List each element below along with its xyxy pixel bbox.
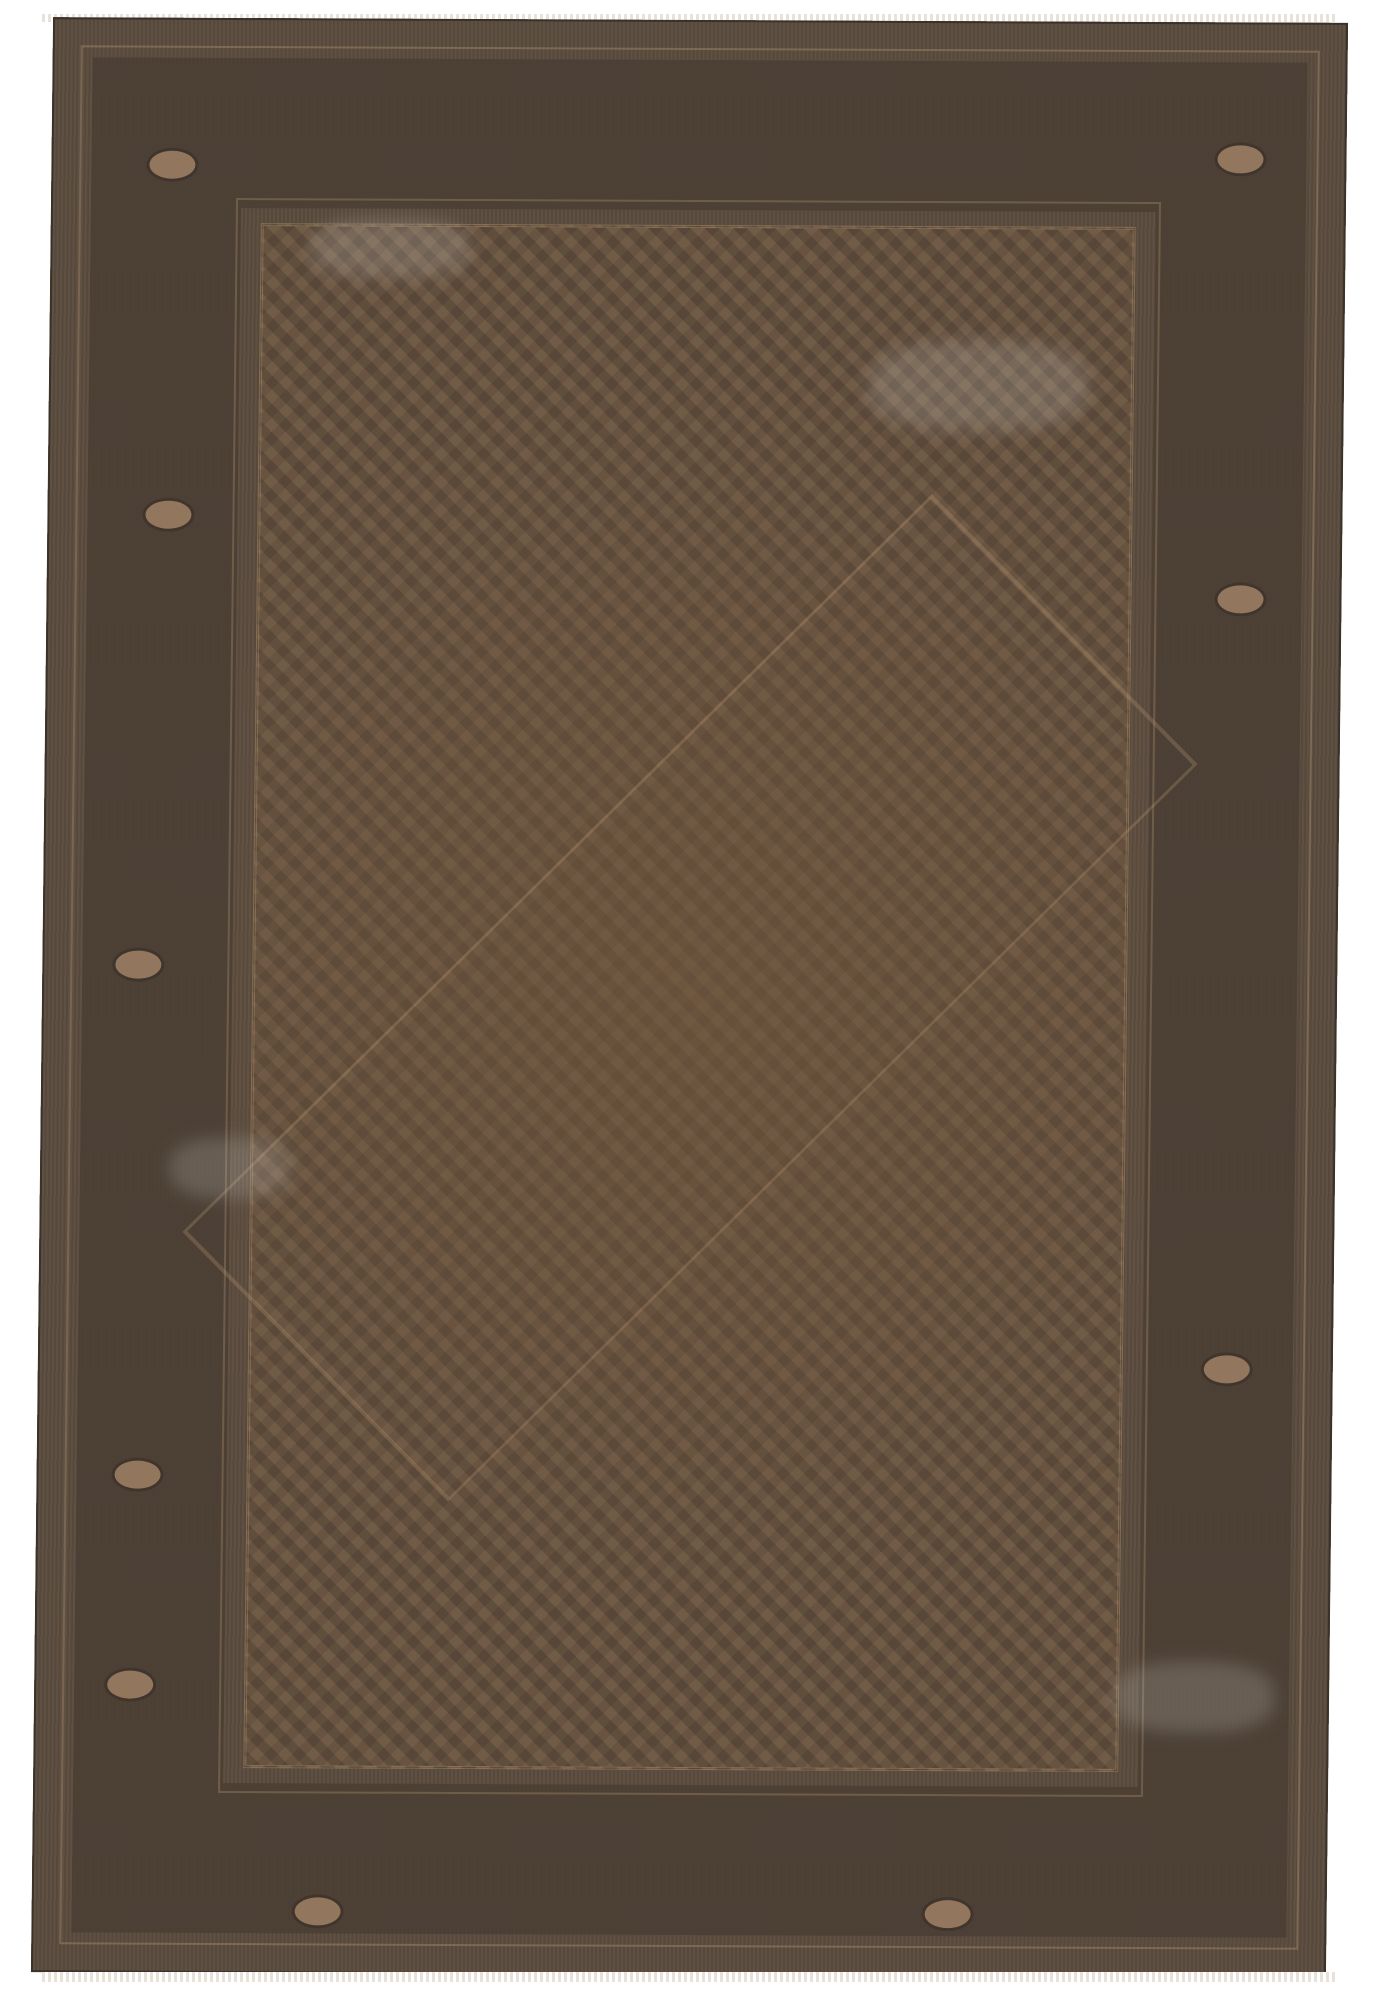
rug-border-motif <box>1201 1352 1253 1386</box>
rug-border-motif <box>146 148 198 182</box>
rug-wear-patch <box>1114 1662 1275 1733</box>
rug-border-motif <box>1214 142 1266 176</box>
bottom-fringe <box>42 1972 1337 1982</box>
rug-border-motif <box>921 1897 973 1931</box>
rug-border-motif <box>1214 582 1266 616</box>
rug-wear-patch <box>310 218 471 279</box>
rug-border-motif <box>291 1894 343 1928</box>
rug-photo <box>31 17 1348 1978</box>
rug-border-motif <box>112 947 164 981</box>
rug-central-medallion <box>182 494 1197 1502</box>
rug-border-motif <box>104 1667 156 1701</box>
rug-border-motif <box>142 498 194 532</box>
rug-field <box>243 223 1135 1772</box>
rug-wear-patch <box>868 341 1089 432</box>
rug-wear-patch <box>170 1138 291 1199</box>
rug-border-motif <box>111 1457 163 1491</box>
